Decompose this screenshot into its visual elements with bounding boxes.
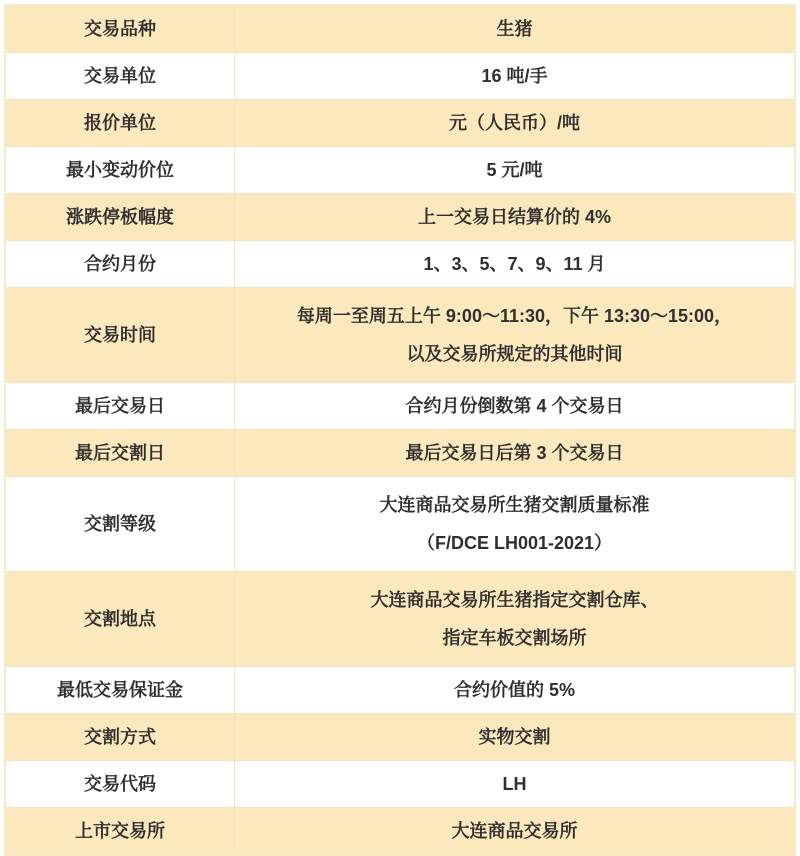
contract-spec-table: 交易品种 生猪 交易单位 16 吨/手 报价单位 元（人民币）/吨 最小变动价位… bbox=[4, 4, 796, 856]
row-label-text: 合约月份 bbox=[84, 245, 156, 283]
table-row: 交割等级 大连商品交易所生猪交割质量标准（F/DCE LH001-2021） bbox=[6, 477, 794, 572]
table-row: 交易代码 LH bbox=[6, 761, 794, 808]
row-label-text: 交易品种 bbox=[84, 10, 156, 48]
row-label: 上市交易所 bbox=[6, 808, 235, 854]
row-label: 交易单位 bbox=[6, 53, 235, 99]
row-label: 涨跌停板幅度 bbox=[6, 194, 235, 240]
row-value-line: 以及交易所规定的其他时间 bbox=[407, 335, 623, 373]
table-row: 最小变动价位 5 元/吨 bbox=[6, 147, 794, 194]
row-label: 交易品种 bbox=[6, 6, 235, 52]
row-value: 合约月份倒数第 4 个交易日 bbox=[235, 383, 794, 429]
row-value: 实物交割 bbox=[235, 714, 794, 760]
row-label: 合约月份 bbox=[6, 241, 235, 287]
row-value-line: 实物交割 bbox=[479, 718, 551, 756]
row-label-text: 交割地点 bbox=[84, 600, 156, 638]
row-label-text: 最低交易保证金 bbox=[57, 671, 183, 709]
row-value-line: 大连商品交易所生猪交割质量标准 bbox=[380, 486, 650, 524]
row-label: 交易代码 bbox=[6, 761, 235, 807]
row-label: 交割方式 bbox=[6, 714, 235, 760]
table-row: 上市交易所 大连商品交易所 bbox=[6, 808, 794, 854]
row-value: 5 元/吨 bbox=[235, 147, 794, 193]
row-value-line: 合约价值的 5% bbox=[454, 671, 575, 709]
row-label: 交割地点 bbox=[6, 572, 235, 666]
row-value-line: 指定车板交割场所 bbox=[443, 619, 587, 657]
table-row: 最后交易日 合约月份倒数第 4 个交易日 bbox=[6, 383, 794, 430]
row-label: 最后交易日 bbox=[6, 383, 235, 429]
row-value-line: 合约月份倒数第 4 个交易日 bbox=[405, 387, 623, 425]
row-label: 交易时间 bbox=[6, 288, 235, 382]
row-label-text: 最后交易日 bbox=[75, 387, 165, 425]
row-value: 1、3、5、7、9、11 月 bbox=[235, 241, 794, 287]
row-label-text: 交易单位 bbox=[84, 57, 156, 95]
row-value-line: 大连商品交易所生猪指定交割仓库、 bbox=[371, 581, 659, 619]
table-row: 涨跌停板幅度 上一交易日结算价的 4% bbox=[6, 194, 794, 241]
row-value-line: LH bbox=[503, 765, 527, 803]
row-value: 上一交易日结算价的 4% bbox=[235, 194, 794, 240]
table-row: 报价单位 元（人民币）/吨 bbox=[6, 100, 794, 147]
row-label: 最后交割日 bbox=[6, 430, 235, 476]
row-value-line: 5 元/吨 bbox=[486, 151, 542, 189]
row-value: 大连商品交易所生猪指定交割仓库、指定车板交割场所 bbox=[235, 572, 794, 666]
row-label-text: 最后交割日 bbox=[75, 434, 165, 472]
table-row: 最后交割日 最后交易日后第 3 个交易日 bbox=[6, 430, 794, 477]
row-value-line: 1、3、5、7、9、11 月 bbox=[423, 245, 605, 283]
row-value: 生猪 bbox=[235, 6, 794, 52]
row-label-text: 涨跌停板幅度 bbox=[66, 198, 174, 236]
row-label-text: 上市交易所 bbox=[75, 812, 165, 850]
row-value-line: 最后交易日后第 3 个交易日 bbox=[405, 434, 623, 472]
row-value: 合约价值的 5% bbox=[235, 667, 794, 713]
table-row: 交易单位 16 吨/手 bbox=[6, 53, 794, 100]
row-value: 每周一至周五上午 9:00～11:30，下午 13:30～15:00，以及交易所… bbox=[235, 288, 794, 382]
row-value-line: 大连商品交易所 bbox=[452, 812, 578, 850]
row-value-line: 16 吨/手 bbox=[481, 57, 547, 95]
row-label-text: 交割方式 bbox=[84, 718, 156, 756]
row-value-line: 上一交易日结算价的 4% bbox=[418, 198, 611, 236]
row-label-text: 交易代码 bbox=[84, 765, 156, 803]
row-label-text: 报价单位 bbox=[84, 104, 156, 142]
row-label-text: 交割等级 bbox=[84, 505, 156, 543]
table-row: 最低交易保证金 合约价值的 5% bbox=[6, 667, 794, 714]
row-label: 最小变动价位 bbox=[6, 147, 235, 193]
row-label-text: 交易时间 bbox=[84, 316, 156, 354]
row-value-line: 生猪 bbox=[497, 10, 533, 48]
table-row: 合约月份 1、3、5、7、9、11 月 bbox=[6, 241, 794, 288]
row-value: 16 吨/手 bbox=[235, 53, 794, 99]
row-value: 最后交易日后第 3 个交易日 bbox=[235, 430, 794, 476]
row-value: 大连商品交易所 bbox=[235, 808, 794, 854]
row-value: LH bbox=[235, 761, 794, 807]
row-value-line: （F/DCE LH001-2021） bbox=[417, 524, 612, 562]
row-label-text: 最小变动价位 bbox=[66, 151, 174, 189]
row-label: 报价单位 bbox=[6, 100, 235, 146]
table-row: 交易时间 每周一至周五上午 9:00～11:30，下午 13:30～15:00，… bbox=[6, 288, 794, 383]
row-label: 最低交易保证金 bbox=[6, 667, 235, 713]
row-value: 大连商品交易所生猪交割质量标准（F/DCE LH001-2021） bbox=[235, 477, 794, 571]
row-value-line: 元（人民币）/吨 bbox=[449, 104, 580, 142]
table-row: 交割方式 实物交割 bbox=[6, 714, 794, 761]
table-row: 交易品种 生猪 bbox=[6, 6, 794, 53]
row-value: 元（人民币）/吨 bbox=[235, 100, 794, 146]
row-value-line: 每周一至周五上午 9:00～11:30，下午 13:30～15:00， bbox=[297, 297, 732, 335]
table-row: 交割地点 大连商品交易所生猪指定交割仓库、指定车板交割场所 bbox=[6, 572, 794, 667]
row-label: 交割等级 bbox=[6, 477, 235, 571]
